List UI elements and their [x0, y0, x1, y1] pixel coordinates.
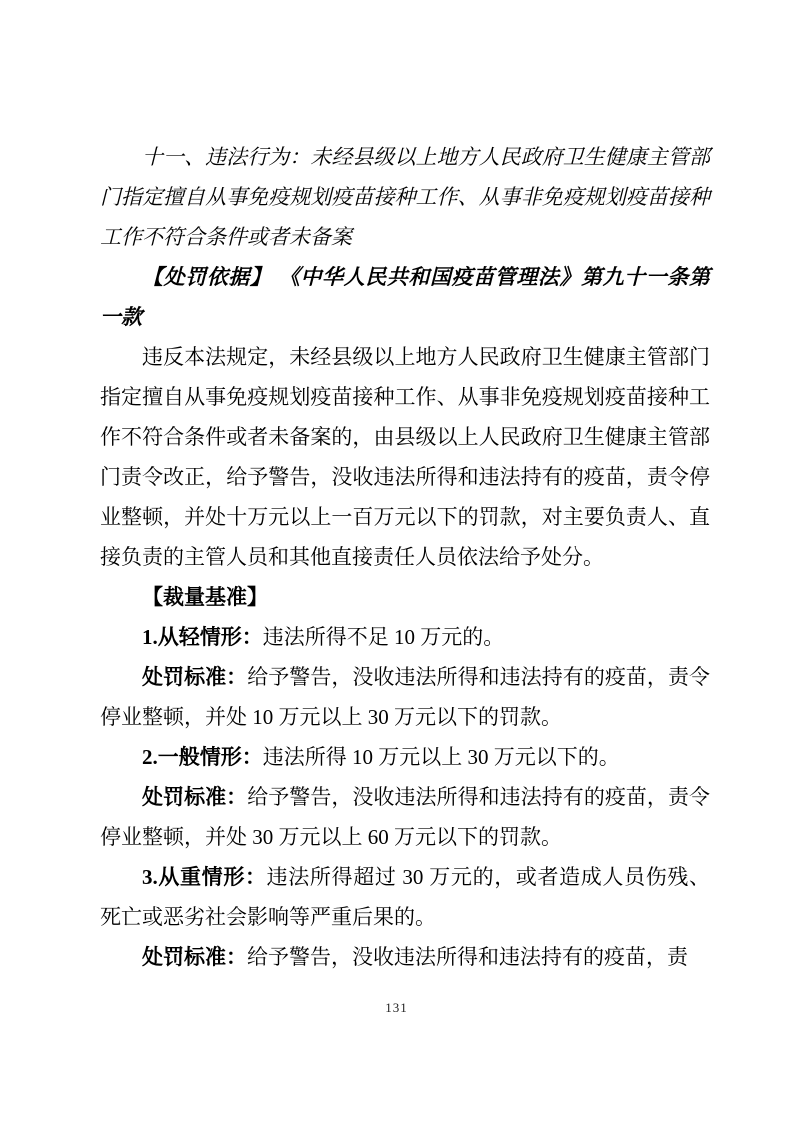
- item-severe-standard-text: 给予警告，没收违法所得和违法持有的疫苗，责: [247, 945, 688, 969]
- item-severe-standard-lead: 处罚标准：: [142, 945, 247, 969]
- item-general-standard: 处罚标准：给予警告，没收违法所得和违法持有的疫苗，责令停业整顿，并处 30 万元…: [100, 777, 710, 857]
- item-severe-case-lead: 3.从重情形：: [142, 865, 267, 889]
- document-page: 十一、违法行为：未经县级以上地方人民政府卫生健康主管部门指定擅自从事免疫规划疫苗…: [0, 0, 793, 1122]
- violation-heading: 十一、违法行为：未经县级以上地方人民政府卫生健康主管部门指定擅自从事免疫规划疫苗…: [100, 137, 710, 257]
- item-lenient-case-lead: 1.从轻情形：: [142, 625, 263, 649]
- item-severe-case: 3.从重情形：违法所得超过 30 万元的，或者造成人员伤残、死亡或恶劣社会影响等…: [100, 857, 710, 937]
- penalty-basis-label: 【处罚依据】: [142, 265, 272, 289]
- law-provision-text: 违反本法规定，未经县级以上地方人民政府卫生健康主管部门指定擅自从事免疫规划疫苗接…: [100, 337, 710, 577]
- item-lenient-standard: 处罚标准：给予警告，没收违法所得和违法持有的疫苗，责令停业整顿，并处 10 万元…: [100, 657, 710, 737]
- document-body: 十一、违法行为：未经县级以上地方人民政府卫生健康主管部门指定擅自从事免疫规划疫苗…: [100, 137, 710, 977]
- item-lenient-case: 1.从轻情形：违法所得不足 10 万元的。: [100, 617, 710, 657]
- penalty-basis-line: 【处罚依据】《中华人民共和国疫苗管理法》第九十一条第一款: [100, 257, 710, 337]
- item-general-case: 2.一般情形：违法所得 10 万元以上 30 万元以下的。: [100, 737, 710, 777]
- item-severe-standard: 处罚标准：给予警告，没收违法所得和违法持有的疫苗，责: [100, 937, 710, 977]
- item-general-case-lead: 2.一般情形：: [142, 745, 263, 769]
- item-general-case-text: 违法所得 10 万元以上 30 万元以下的。: [263, 745, 620, 769]
- page-number: 131: [0, 999, 793, 1017]
- item-lenient-case-text: 违法所得不足 10 万元的。: [263, 625, 505, 649]
- item-general-standard-lead: 处罚标准：: [142, 785, 247, 809]
- item-lenient-standard-lead: 处罚标准：: [142, 665, 247, 689]
- benchmark-heading: 【裁量基准】: [100, 577, 710, 617]
